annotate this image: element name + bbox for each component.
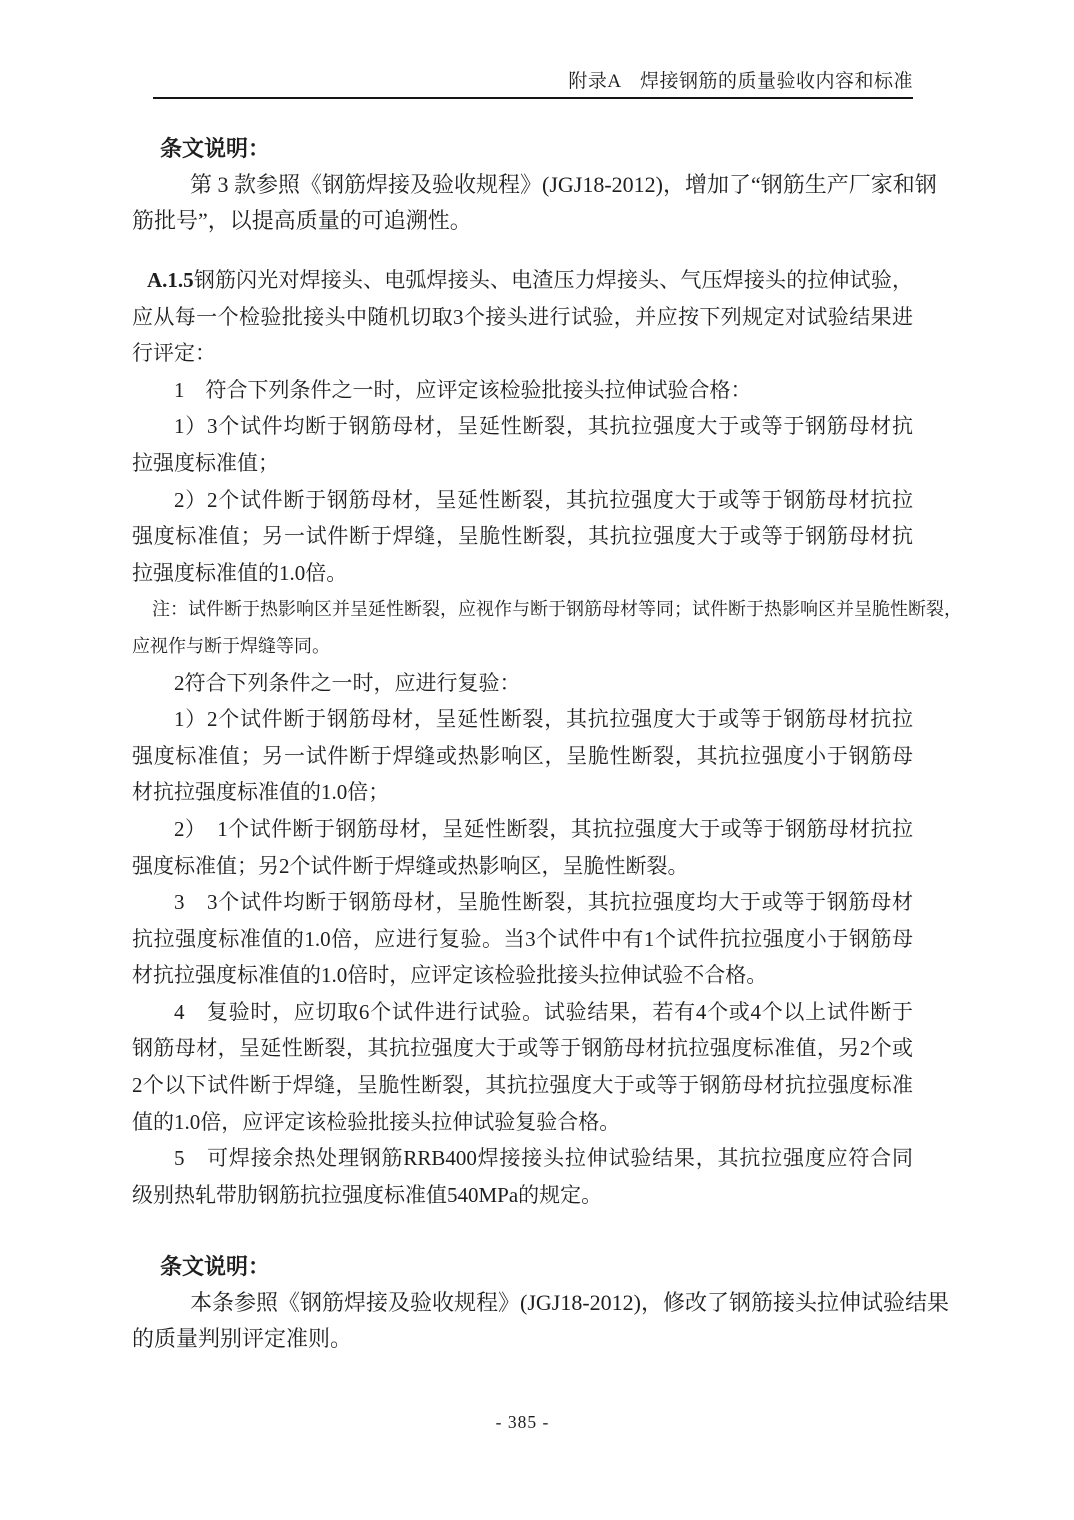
commentary-line: 第 3 款参照《钢筋焊接及验收规程》(JGJ18-2012)，增加了“钢筋生产厂… bbox=[132, 167, 913, 203]
clause-line: 1 符合下列条件之一时，应评定该检验批接头拉伸试验合格： bbox=[132, 372, 913, 409]
clause-line: 钢筋母材，呈延性断裂，其抗拉强度大于或等于钢筋母材抗拉强度标准值，另2个或 bbox=[132, 1030, 913, 1067]
clause-line: 行评定： bbox=[132, 335, 913, 372]
clause-line: 1）3个试件均断于钢筋母材，呈延性断裂，其抗拉强度大于或等于钢筋母材抗 bbox=[132, 408, 913, 445]
clause-line: 4 复验时，应切取6个试件进行试验。试验结果，若有4个或4个以上试件断于 bbox=[132, 994, 913, 1031]
clause-line: 应从每一个检验批接头中随机切取3个接头进行试验，并应按下列规定对试验结果进 bbox=[132, 299, 913, 336]
header-title: 附录A 焊接钢筋的质量验收内容和标准 bbox=[568, 70, 913, 94]
clause-line: 3 3个试件均断于钢筋母材，呈脆性断裂，其抗拉强度均大于或等于钢筋母材 bbox=[132, 884, 913, 921]
clause-line: 2） 1个试件断于钢筋母材，呈延性断裂，其抗拉强度大于或等于钢筋母材抗拉 bbox=[132, 811, 913, 848]
document-page: 附录A 焊接钢筋的质量验收内容和标准 条文说明： 第 3 款参照《钢筋焊接及验收… bbox=[0, 0, 1074, 1520]
header-rule bbox=[153, 97, 913, 99]
commentary-line: 筋批号”，以提高质量的可追溯性。 bbox=[132, 203, 913, 239]
clause-line: 2个以下试件断于焊缝，呈脆性断裂，其抗拉强度大于或等于钢筋母材抗拉强度标准 bbox=[132, 1067, 913, 1104]
footer-page-number: - 385 - bbox=[132, 1410, 913, 1434]
commentary-line: 本条参照《钢筋焊接及验收规程》(JGJ18-2012)，修改了钢筋接头拉伸试验结… bbox=[132, 1285, 913, 1321]
clause-line: A.1.5钢筋闪光对焊接头、电弧焊接头、电渣压力焊接头、气压焊接头的拉伸试验， bbox=[132, 262, 913, 299]
commentary-heading: 条文说明： bbox=[132, 1249, 913, 1285]
clause-line: 2）2个试件断于钢筋母材，呈延性断裂，其抗拉强度大于或等于钢筋母材抗拉 bbox=[132, 482, 913, 519]
clause-line-text: 钢筋闪光对焊接头、电弧焊接头、电渣压力焊接头、气压焊接头的拉伸试验， bbox=[194, 268, 913, 292]
page-content: 条文说明： 第 3 款参照《钢筋焊接及验收规程》(JGJ18-2012)，增加了… bbox=[132, 131, 913, 1356]
clause-line: 强度标准值；另一试件断于焊缝或热影响区，呈脆性断裂，其抗拉强度小于钢筋母 bbox=[132, 738, 913, 775]
clause-line: 拉强度标准值； bbox=[132, 445, 913, 482]
clause-line: 强度标准值；另一试件断于焊缝，呈脆性断裂，其抗拉强度大于或等于钢筋母材抗 bbox=[132, 518, 913, 555]
commentary-line: 的质量判别评定准则。 bbox=[132, 1321, 913, 1357]
clause-line: 抗拉强度标准值的1.0倍，应进行复验。当3个试件中有1个试件抗拉强度小于钢筋母 bbox=[132, 921, 913, 958]
clause-line: 值的1.0倍，应评定该检验批接头拉伸试验复验合格。 bbox=[132, 1104, 913, 1141]
clause-line: 拉强度标准值的1.0倍。 bbox=[132, 555, 913, 592]
commentary-bottom: 条文说明： 本条参照《钢筋焊接及验收规程》(JGJ18-2012)，修改了钢筋接… bbox=[132, 1249, 913, 1356]
clause-a15: A.1.5钢筋闪光对焊接头、电弧焊接头、电渣压力焊接头、气压焊接头的拉伸试验， … bbox=[132, 262, 913, 1213]
clause-line: 材抗拉强度标准值的1.0倍时，应评定该检验批接头拉伸试验不合格。 bbox=[132, 957, 913, 994]
clause-line: 级别热轧带肋钢筋抗拉强度标准值540MPa的规定。 bbox=[132, 1177, 913, 1214]
clause-line: 5 可焊接余热处理钢筋RRB400焊接接头拉伸试验结果，其抗拉强度应符合同 bbox=[132, 1140, 913, 1177]
note-line: 应视作与断于焊缝等同。 bbox=[132, 628, 913, 665]
clause-line: 2符合下列条件之一时，应进行复验： bbox=[132, 665, 913, 702]
clause-line: 强度标准值；另2个试件断于焊缝或热影响区，呈脆性断裂。 bbox=[132, 848, 913, 885]
clause-line: 材抗拉强度标准值的1.0倍； bbox=[132, 774, 913, 811]
note-line: 注：试件断于热影响区并呈延性断裂，应视作与断于钢筋母材等同；试件断于热影响区并呈… bbox=[132, 591, 913, 628]
clause-number: A.1.5 bbox=[147, 268, 194, 292]
clause-line: 1）2个试件断于钢筋母材，呈延性断裂，其抗拉强度大于或等于钢筋母材抗拉 bbox=[132, 701, 913, 738]
commentary-heading: 条文说明： bbox=[132, 131, 913, 167]
